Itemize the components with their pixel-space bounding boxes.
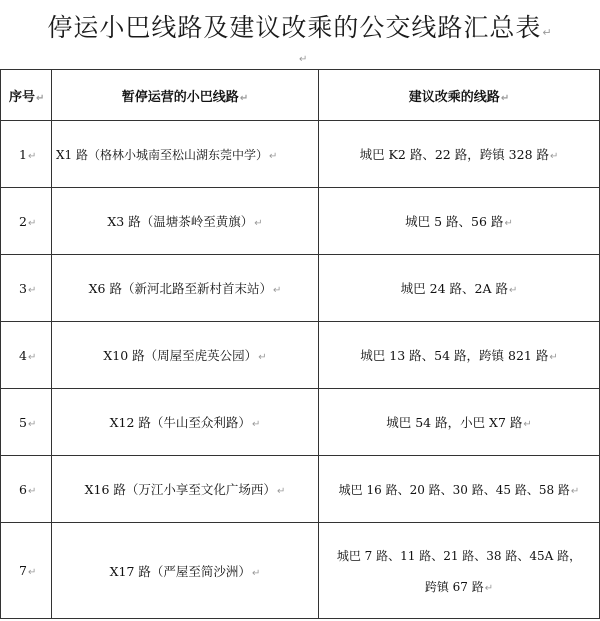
suggested-route: 城巴 13 路、54 路，跨镇 821 路↵ [319, 322, 600, 389]
suspended-route: X16 路（万江小享至文化广场西）↵ [52, 456, 319, 523]
paragraph-mark-icon: ↵ [523, 419, 531, 430]
row-number: 7↵ [1, 523, 52, 619]
paragraph-mark-icon: ↵ [28, 285, 36, 296]
paragraph-mark-icon: ↵ [258, 352, 266, 363]
suspended-route: X6 路（新河北路至新村首末站）↵ [52, 255, 319, 322]
suspended-route: X3 路（温塘茶岭至黄旗）↵ [52, 188, 319, 255]
table-row: 6↵ X16 路（万江小享至文化广场西）↵ 城巴 16 路、20 路、30 路、… [1, 456, 600, 523]
paragraph-mark-icon: ↵ [28, 486, 36, 497]
row-number: 2↵ [1, 188, 52, 255]
paragraph-mark-icon: ↵ [36, 93, 44, 104]
table-row: 4↵ X10 路（周屋至虎英公园）↵ 城巴 13 路、54 路，跨镇 821 路… [1, 322, 600, 389]
paragraph-mark-icon: ↵ [28, 352, 36, 363]
suggested-route: 城巴 54 路，小巴 X7 路↵ [319, 389, 600, 456]
paragraph-mark-icon: ↵ [509, 285, 517, 296]
table-row: 5↵ X12 路（牛山至众利路）↵ 城巴 54 路，小巴 X7 路↵ [1, 389, 600, 456]
suspended-route: X1 路（格林小城南至松山湖东莞中学）↵ [52, 121, 319, 188]
table-row: 1↵ X1 路（格林小城南至松山湖东莞中学）↵ 城巴 K2 路、22 路，跨镇 … [1, 121, 600, 188]
suspended-route: X12 路（牛山至众利路）↵ [52, 389, 319, 456]
paragraph-mark-icon: ↵ [299, 54, 307, 65]
paragraph-mark-icon: ↵ [549, 352, 557, 363]
paragraph-mark-icon: ↵ [269, 151, 277, 162]
paragraph-mark-icon: ↵ [28, 218, 36, 229]
paragraph-mark-icon: ↵ [240, 93, 248, 104]
row-number: 5↵ [1, 389, 52, 456]
suggested-route: 城巴 16 路、20 路、30 路、45 路、58 路↵ [319, 456, 600, 523]
paragraph-mark-icon: ↵ [277, 486, 285, 497]
paragraph-mark-icon: ↵ [252, 419, 260, 430]
suggested-route: 城巴 7 路、11 路、21 路、38 路、45A 路，跨镇 67 路↵ [319, 523, 600, 619]
paragraph-mark-icon: ↵ [28, 419, 36, 430]
suggested-route: 城巴 24 路、2A 路↵ [319, 255, 600, 322]
row-number: 3↵ [1, 255, 52, 322]
document-title: 停运小巴线路及建议改乘的公交线路汇总表↵ [0, 8, 600, 44]
paragraph-mark-icon: ↵ [28, 151, 36, 162]
header-number: 序号↵ [1, 70, 52, 121]
row-number: 4↵ [1, 322, 52, 389]
table-row: 7↵ X17 路（严屋至简沙洲）↵ 城巴 7 路、11 路、21 路、38 路、… [1, 523, 600, 619]
paragraph-mark-icon: ↵ [504, 218, 512, 229]
route-summary-table: 序号↵ 暂停运营的小巴线路↵ 建议改乘的线路↵ 1↵ X1 路（格林小城南至松山… [0, 69, 600, 619]
title-text: 停运小巴线路及建议改乘的公交线路汇总表 [47, 13, 541, 42]
paragraph-mark-icon: ↵ [542, 26, 552, 39]
paragraph-mark-icon: ↵ [28, 567, 36, 578]
suggested-route-line-1: 城巴 7 路、11 路、21 路、38 路、45A 路， [337, 549, 581, 563]
paragraph-mark-icon: ↵ [571, 486, 579, 497]
header-suggested-route: 建议改乘的线路↵ [319, 70, 600, 121]
suspended-route: X17 路（严屋至简沙洲）↵ [52, 523, 319, 619]
paragraph-mark-icon: ↵ [501, 93, 509, 104]
paragraph-mark-icon: ↵ [485, 583, 493, 594]
header-suspended-route: 暂停运营的小巴线路↵ [52, 70, 319, 121]
suggested-route-line-2: 跨镇 67 路 [425, 580, 484, 594]
table-row: 3↵ X6 路（新河北路至新村首末站）↵ 城巴 24 路、2A 路↵ [1, 255, 600, 322]
table-header-row: 序号↵ 暂停运营的小巴线路↵ 建议改乘的线路↵ [1, 70, 600, 121]
paragraph-mark-icon: ↵ [273, 285, 281, 296]
paragraph-mark-icon: ↵ [254, 218, 262, 229]
row-number: 1↵ [1, 121, 52, 188]
suggested-route: 城巴 5 路、56 路↵ [319, 188, 600, 255]
table-row: 2↵ X3 路（温塘茶岭至黄旗）↵ 城巴 5 路、56 路↵ [1, 188, 600, 255]
paragraph-mark-icon: ↵ [252, 568, 260, 579]
paragraph-mark-icon: ↵ [550, 151, 558, 162]
row-number: 6↵ [1, 456, 52, 523]
suggested-route: 城巴 K2 路、22 路，跨镇 328 路↵ [319, 121, 600, 188]
suspended-route: X10 路（周屋至虎英公园）↵ [52, 322, 319, 389]
